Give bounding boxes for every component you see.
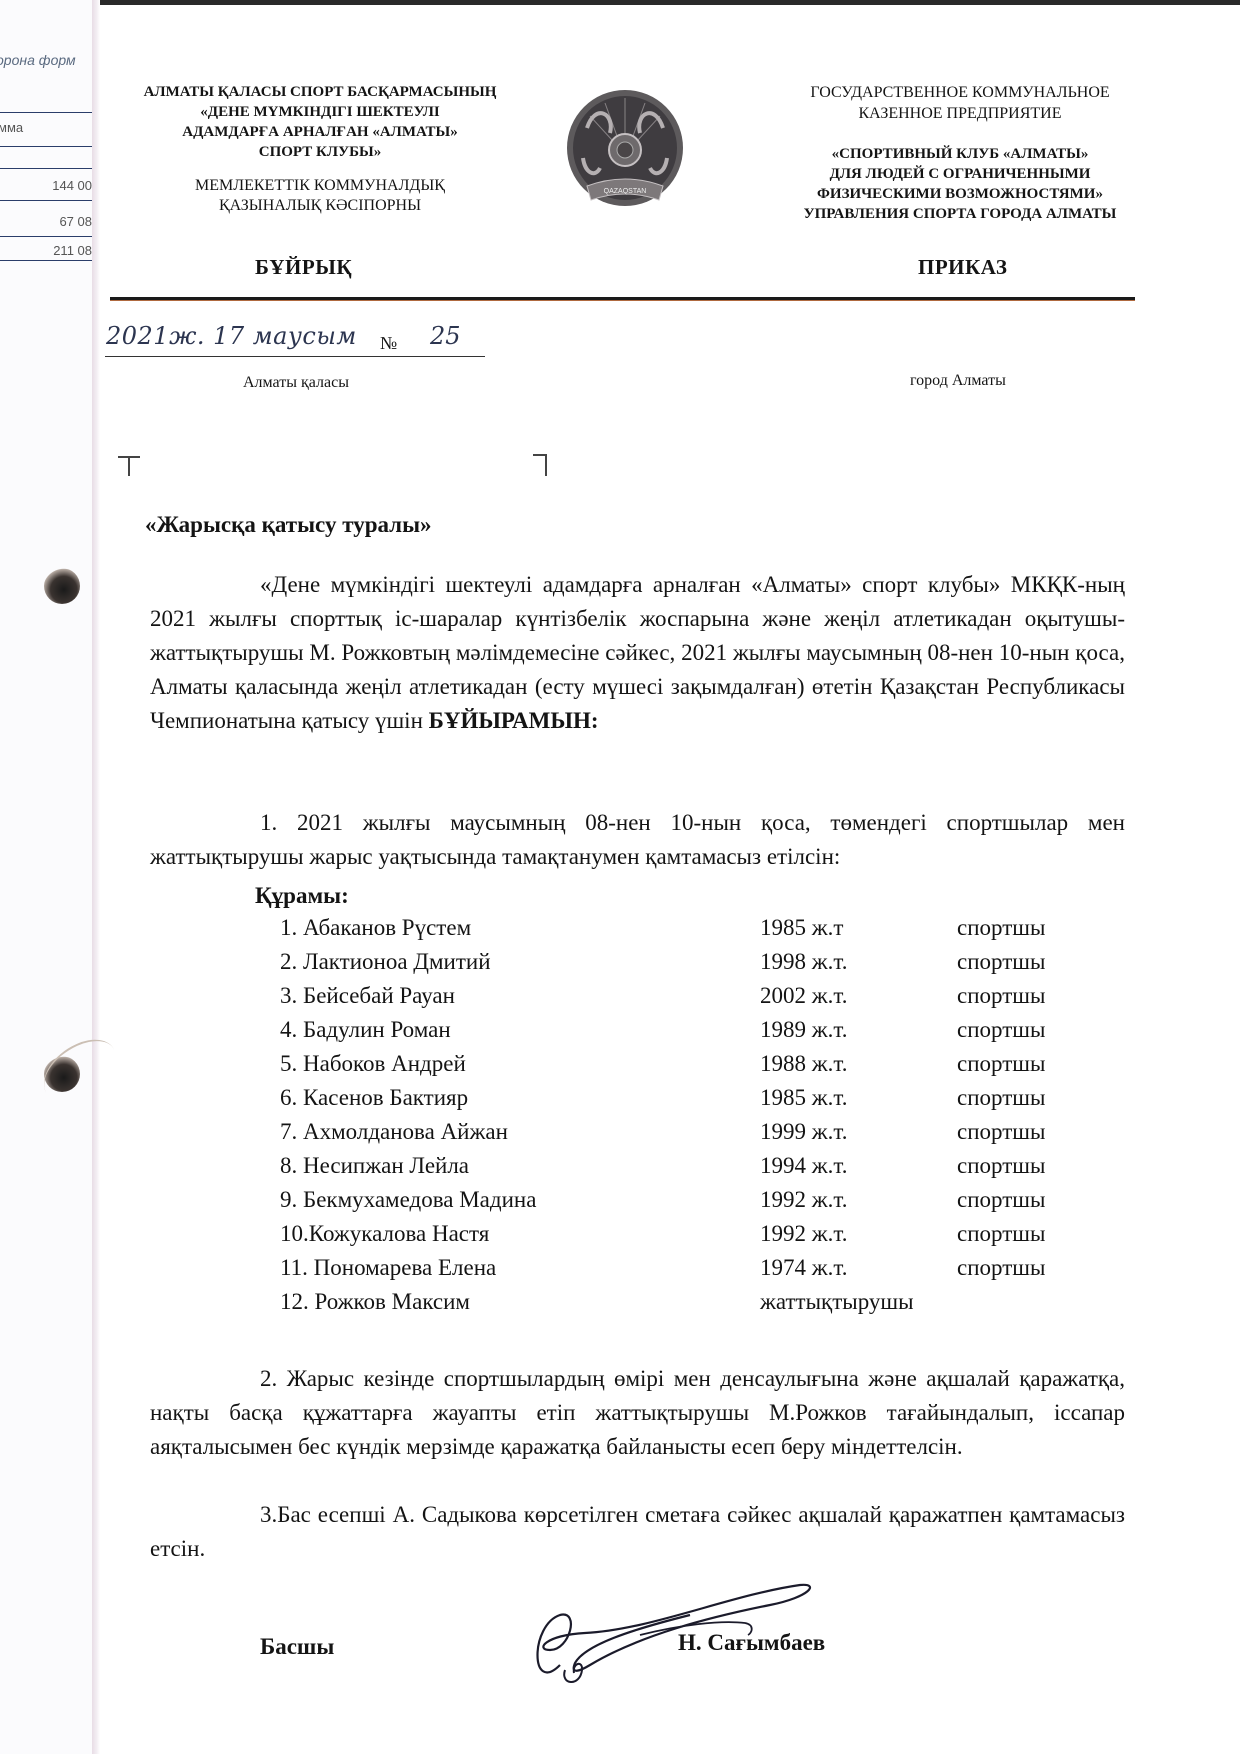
org-type-ru-line: КАЗЕННОЕ ПРЕДПРИЯТИЕ <box>770 103 1150 124</box>
divider <box>0 168 92 169</box>
org-type-kz-line: МЕМЛЕКЕТТІК КОММУНАЛДЫҚ <box>100 176 540 196</box>
participant-role: спортшы <box>957 983 1045 1009</box>
org-type-kz: МЕМЛЕКЕТТІК КОММУНАЛДЫҚ ҚАЗЫНАЛЫҚ КӘСІПО… <box>100 176 540 216</box>
header-kz: АЛМАТЫ ҚАЛАСЫ СПОРТ БАСҚАРМАСЫНЫҢ «ДЕНЕ … <box>100 82 540 216</box>
roster-row: 7. Ахмолданова Айжан1999 ж.т.спортшы <box>280 1119 1100 1153</box>
participant-name: 1. Абаканов Рүстем <box>280 915 471 941</box>
order-number: 25 <box>430 322 461 350</box>
state-emblem-icon: QAZAQSTAN <box>565 88 685 213</box>
order-item-1-text: 1. 2021 жылғы маусымның 08-нен 10-нын қо… <box>150 806 1125 874</box>
svg-text:QAZAQSTAN: QAZAQSTAN <box>604 188 647 195</box>
org-name-kz-line: АДАМДАРҒА АРНАЛҒАН «АЛМАТЫ» <box>100 122 540 142</box>
participant-role: спортшы <box>957 949 1045 975</box>
roster-row: 3. Бейсебай Рауан2002 ж.т.спортшы <box>280 983 1100 1017</box>
city-kz: Алматы қаласы <box>243 374 349 392</box>
handwritten-date: 2021ж. 17 маусым <box>106 322 357 350</box>
participant-name: 10.Кожукалова Настя <box>280 1221 489 1247</box>
divider <box>0 146 92 147</box>
roster-row: 2. Лактионоа Дмитий1998 ж.т.спортшы <box>280 949 1100 983</box>
birth-year: 1985 ж.т. <box>760 1085 847 1111</box>
city-ru: город Алматы <box>910 372 1006 390</box>
birth-year: 1989 ж.т. <box>760 1017 847 1043</box>
roster-row: 10.Кожукалова Настя1992 ж.т.спортшы <box>280 1221 1100 1255</box>
birth-year: 1994 ж.т. <box>760 1153 847 1179</box>
title-bracket-right-icon <box>533 454 547 476</box>
roster-row: 12. Рожков Максимжаттықтырушы <box>280 1289 1100 1323</box>
underlying-cell: 211 08 <box>53 243 92 258</box>
participant-role: спортшы <box>957 1187 1045 1213</box>
participant-role: спортшы <box>957 1119 1045 1145</box>
participant-name: 6. Касенов Бактияр <box>280 1085 468 1111</box>
org-name-ru-line: УПРАВЛЕНИЯ СПОРТА ГОРОДА АЛМАТЫ <box>770 204 1150 224</box>
roster-list: 1. Абаканов Рүстем1985 ж.тспортшы 2. Лак… <box>280 915 1100 1323</box>
birth-year: 1985 ж.т <box>760 915 843 941</box>
org-name-ru-line: ДЛЯ ЛЮДЕЙ С ОГРАНИЧЕННЫМИ <box>770 164 1150 184</box>
birth-year: 1999 ж.т. <box>760 1119 847 1145</box>
participant-name: 8. Несипжан Лейла <box>280 1153 469 1179</box>
roster-row: 11. Пономарева Елена1974 ж.т.спортшы <box>280 1255 1100 1289</box>
roster-row: 1. Абаканов Рүстем1985 ж.тспортшы <box>280 915 1100 949</box>
participant-role: спортшы <box>957 1051 1045 1077</box>
participant-role: спортшы <box>957 1221 1045 1247</box>
participant-name: 2. Лактионоа Дмитий <box>280 949 491 975</box>
page-edge <box>92 0 100 1754</box>
participant-name: 12. Рожков Максим <box>280 1289 470 1315</box>
roster-row: 4. Бадулин Роман1989 ж.т.спортшы <box>280 1017 1100 1051</box>
preamble: «Дене мүмкіндігі шектеулі адамдарға арна… <box>150 568 1125 738</box>
org-name-kz-line: АЛМАТЫ ҚАЛАСЫ СПОРТ БАСҚАРМАСЫНЫҢ <box>100 82 540 102</box>
org-name-ru-line: «СПОРТИВНЫЙ КЛУБ «АЛМАТЫ» <box>770 144 1150 164</box>
participant-role: спортшы <box>957 915 1045 941</box>
roster-row: 5. Набоков Андрей1988 ж.т.спортшы <box>280 1051 1100 1085</box>
birth-year: 1988 ж.т. <box>760 1051 847 1077</box>
order-item-2: 2. Жарыс кезінде спортшылардың өмірі мен… <box>150 1362 1125 1464</box>
roster-row: 8. Несипжан Лейла1994 ж.т.спортшы <box>280 1153 1100 1187</box>
signatory-title: Басшы <box>260 1634 334 1660</box>
doc-kind-kz: БҰЙРЫҚ <box>255 255 352 280</box>
preamble-text: «Дене мүмкіндігі шектеулі адамдарға арна… <box>150 572 1125 733</box>
participant-name: 4. Бадулин Роман <box>280 1017 451 1043</box>
org-name-kz-line: «ДЕНЕ МҮМКІНДІГІ ШЕКТЕУЛІ <box>100 102 540 122</box>
participant-role: спортшы <box>957 1255 1045 1281</box>
birth-year: 1992 ж.т. <box>760 1187 847 1213</box>
document-page: АЛМАТЫ ҚАЛАСЫ СПОРТ БАСҚАРМАСЫНЫҢ «ДЕНЕ … <box>100 0 1240 1754</box>
participant-role: спортшы <box>957 1017 1045 1043</box>
order-item-3: 3.Бас есепші А. Садыкова көрсетілген сме… <box>150 1498 1125 1566</box>
underlying-caption: орона форм <box>0 52 76 68</box>
participant-name: 7. Ахмолданова Айжан <box>280 1119 508 1145</box>
birth-year: 1998 ж.т. <box>760 949 847 975</box>
divider <box>0 236 92 237</box>
participant-name: 5. Набоков Андрей <box>280 1051 466 1077</box>
order-item-1: 1. 2021 жылғы маусымның 08-нен 10-нын қо… <box>150 806 1125 874</box>
participant-name: 11. Пономарева Елена <box>280 1255 496 1281</box>
birth-year: 1974 ж.т. <box>760 1255 847 1281</box>
roster-heading: Құрамы: <box>255 883 349 909</box>
order-item-2-text: 2. Жарыс кезінде спортшылардың өмірі мен… <box>150 1362 1125 1464</box>
underlying-sheet: орона форм мма 144 00 67 08 211 08 <box>0 0 98 1754</box>
participant-name: 3. Бейсебай Рауан <box>280 983 455 1009</box>
underlying-cell: 144 00 <box>52 178 92 193</box>
order-word: БҰЙЫРАМЫН: <box>429 708 599 733</box>
org-name-kz-line: СПОРТ КЛУБЫ» <box>100 142 540 162</box>
birth-year: 2002 ж.т. <box>760 983 847 1009</box>
roster-row: 9. Бекмухамедова Мадина1992 ж.т.спортшы <box>280 1187 1100 1221</box>
signatory-name: Н. Сағымбаев <box>678 1630 825 1656</box>
roster-row: 6. Касенов Бактияр1985 ж.т.спортшы <box>280 1085 1100 1119</box>
document-title: «Жарысқа қатысу туралы» <box>145 512 432 538</box>
divider <box>0 260 92 261</box>
participant-role: жаттықтырушы <box>760 1289 914 1315</box>
org-name-ru: «СПОРТИВНЫЙ КЛУБ «АЛМАТЫ» ДЛЯ ЛЮДЕЙ С ОГ… <box>770 144 1150 224</box>
underlying-cell: 67 08 <box>59 214 92 229</box>
divider <box>0 200 92 201</box>
org-name-ru-line: ФИЗИЧЕСКИМИ ВОЗМОЖНОСТЯМИ» <box>770 184 1150 204</box>
org-type-kz-line: ҚАЗЫНАЛЫҚ КӘСІПОРНЫ <box>100 196 540 216</box>
participant-role: спортшы <box>957 1153 1045 1179</box>
org-type-ru-line: ГОСУДАРСТВЕННОЕ КОММУНАЛЬНОЕ <box>770 82 1150 103</box>
doc-kind-ru: ПРИКАЗ <box>918 255 1007 280</box>
participant-role: спортшы <box>957 1085 1045 1111</box>
divider <box>0 112 92 113</box>
header-divider <box>110 297 1135 300</box>
binder-hole-icon <box>44 568 80 604</box>
participant-name: 9. Бекмухамедова Мадина <box>280 1187 536 1213</box>
birth-year: 1992 ж.т. <box>760 1221 847 1247</box>
underlying-cell: мма <box>0 120 23 135</box>
title-bracket-left-icon <box>118 456 140 470</box>
number-sign: № <box>380 333 397 354</box>
header-ru: ГОСУДАРСТВЕННОЕ КОММУНАЛЬНОЕ КАЗЕННОЕ ПР… <box>770 82 1150 224</box>
order-item-3-text: 3.Бас есепші А. Садыкова көрсетілген сме… <box>150 1498 1125 1566</box>
